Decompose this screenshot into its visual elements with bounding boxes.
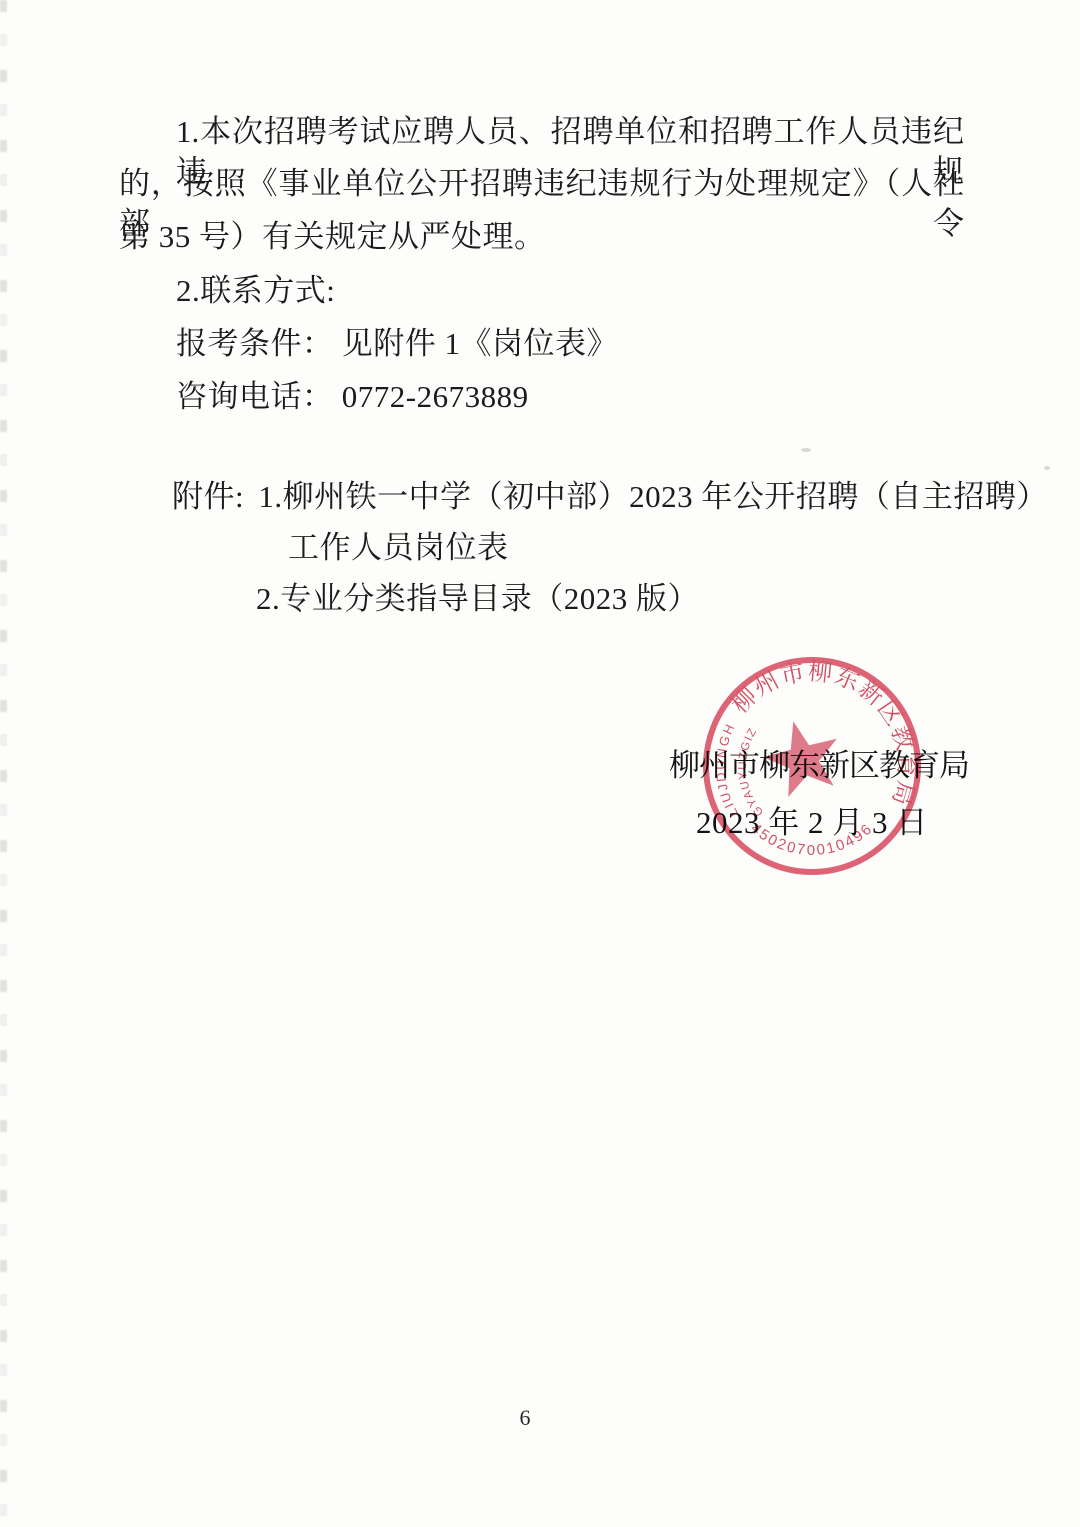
- issue-date: 2023 年 2 月 3 日: [696, 797, 928, 842]
- attachment-1-line2: 工作人员岗位表: [288, 528, 509, 568]
- contact-heading: 2.联系方式:: [176, 271, 335, 311]
- paper-speck: [801, 448, 811, 452]
- document-page: 1.本次招聘考试应聘人员、招聘单位和招聘工作人员违纪违规 的，按照《事业单位公开…: [0, 0, 1080, 1527]
- attachment-1-line1: 1.柳州铁一中学（初中部）2023 年公开招聘（自主招聘）: [258, 479, 1048, 514]
- scan-edge-artifacts: [0, 0, 7, 1527]
- issuing-agency: 柳州市柳东新区教育局: [669, 740, 969, 785]
- contact-phone: 咨询电话： 0772-2673889: [176, 377, 529, 417]
- paragraph1-line3: 第 35 号）有关规定从严处理。: [119, 217, 546, 257]
- paper-speck: [1044, 466, 1050, 470]
- attachment-2-line1: 2.专业分类指导目录（2023 版）: [256, 579, 699, 619]
- attachments-line1: 附件: 1.柳州铁一中学（初中部）2023 年公开招聘（自主招聘）: [172, 477, 1048, 517]
- attachments-label: 附件:: [172, 479, 244, 514]
- page-number: 6: [500, 1405, 550, 1431]
- contact-conditions: 报考条件： 见附件 1《岗位表》: [176, 324, 618, 364]
